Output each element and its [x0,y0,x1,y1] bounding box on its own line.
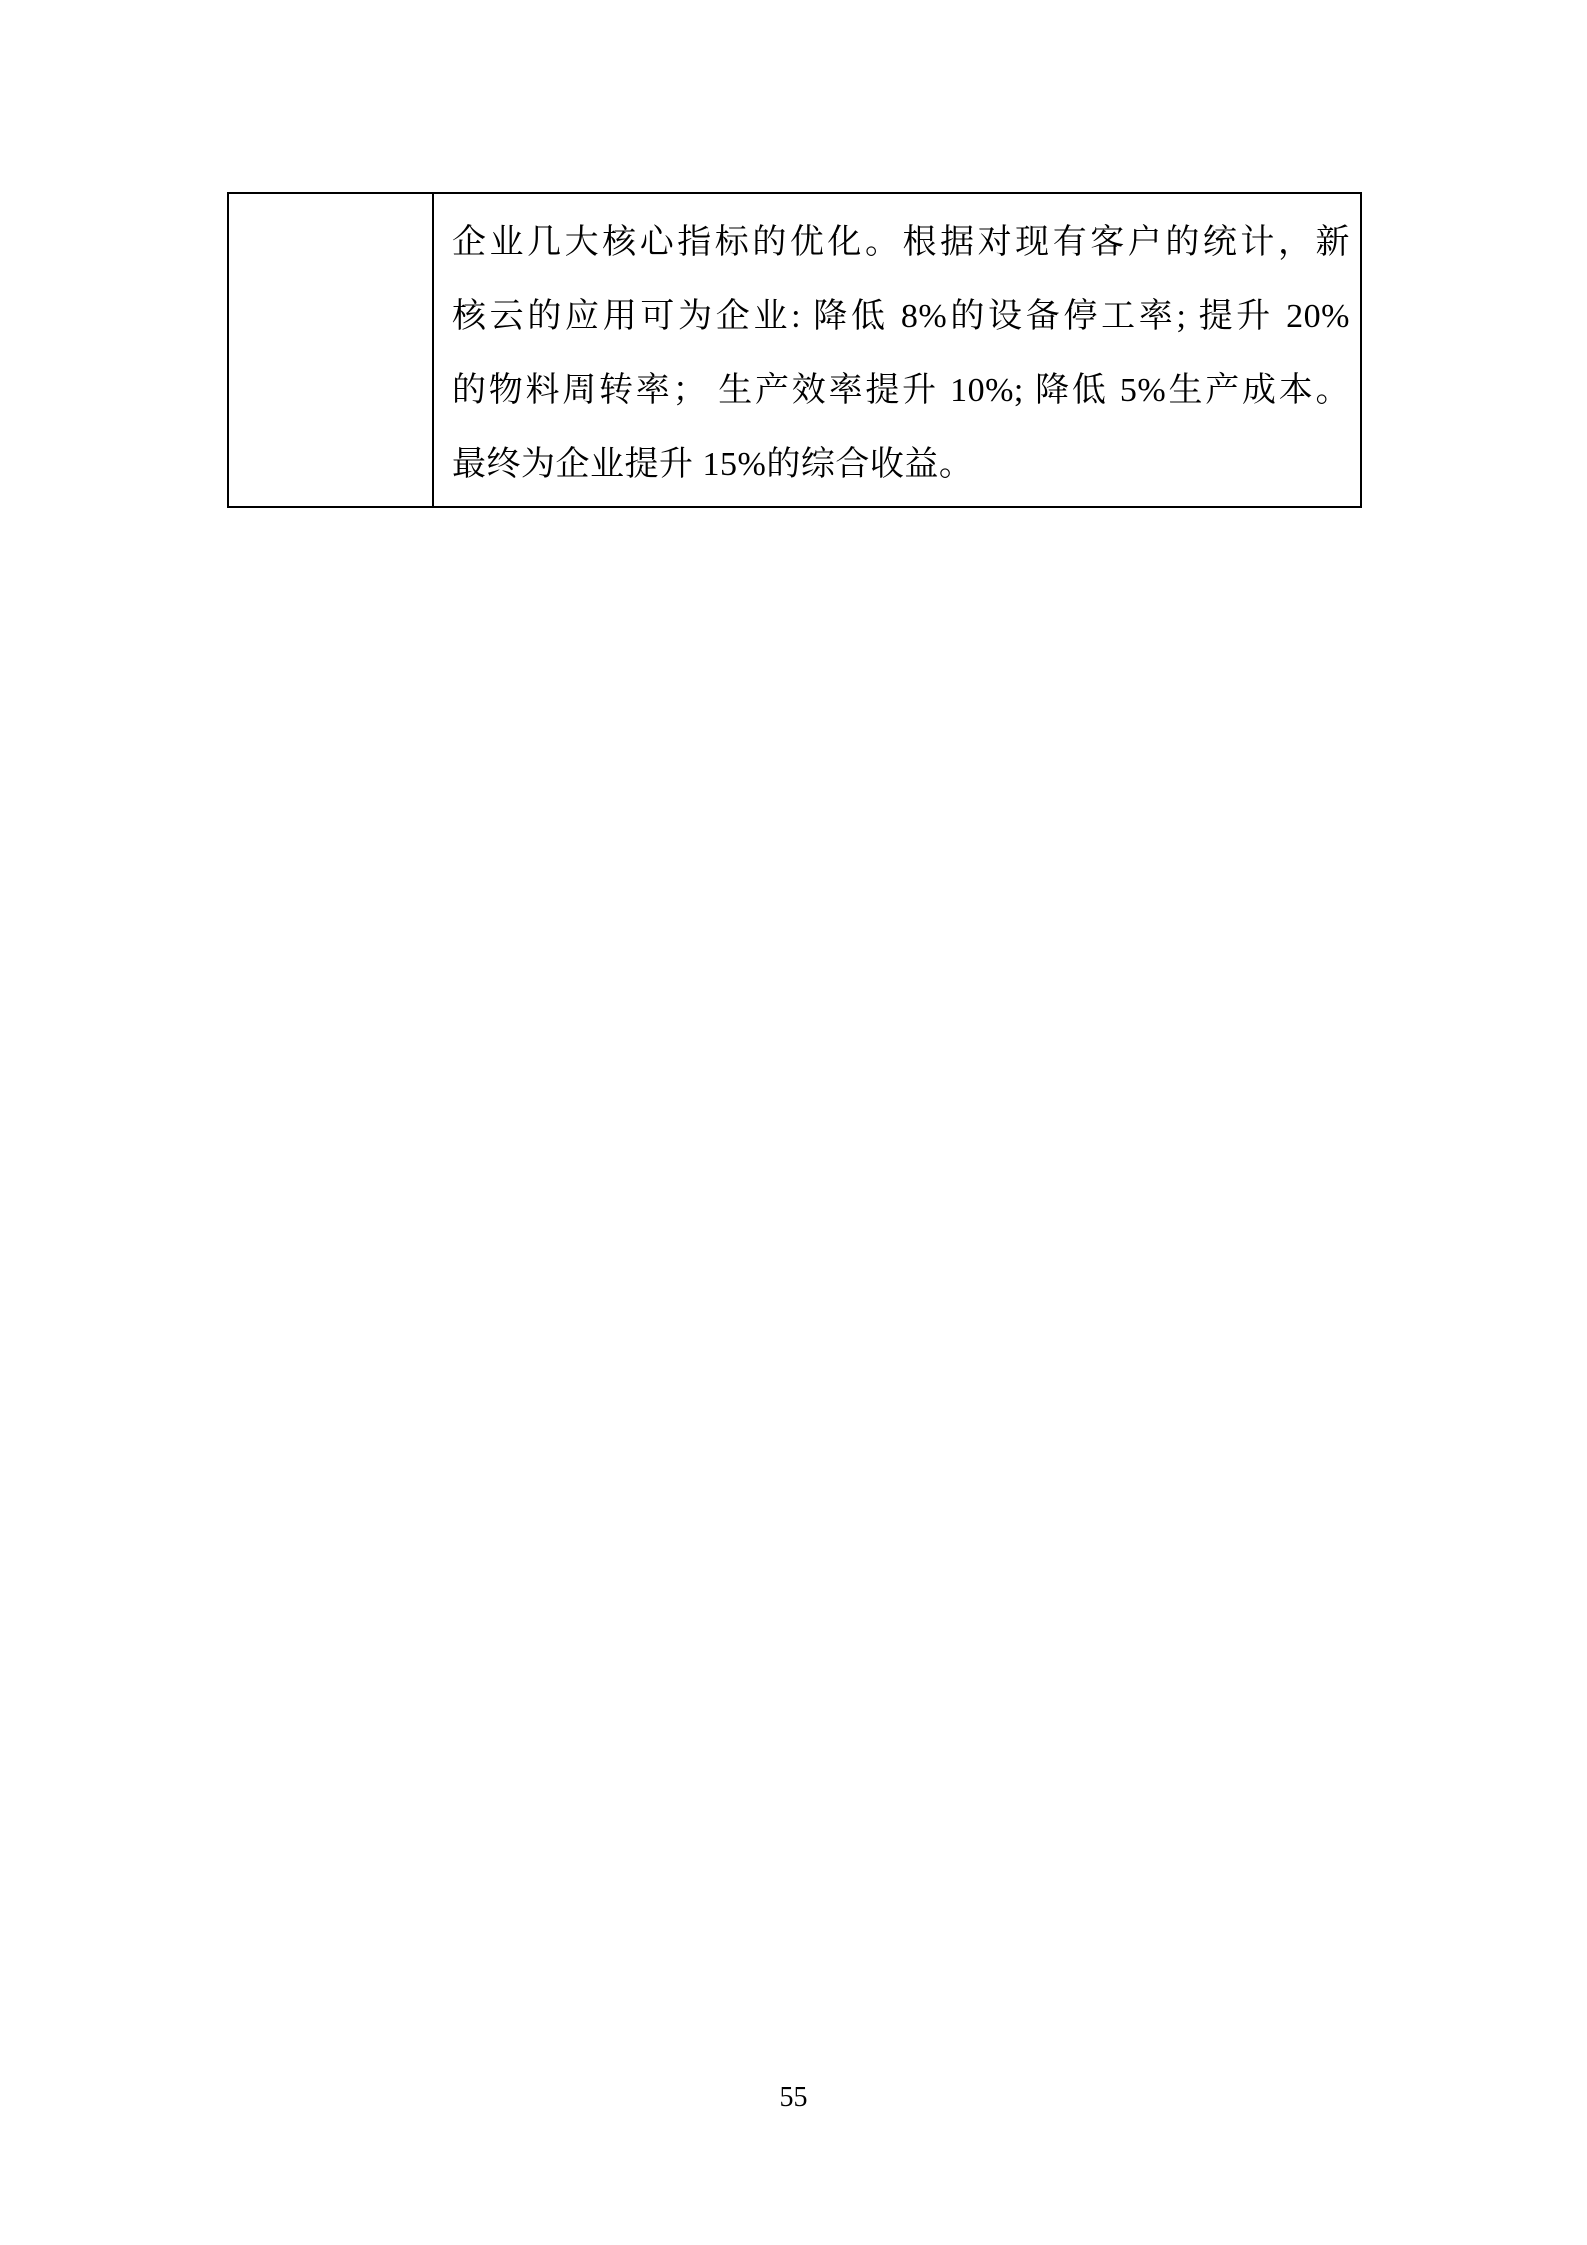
body-text-line-4: 最终为企业提升 15%的综合收益。 [452,428,1350,502]
document-page: { "table": { "left_cell": "", "lines": [… [0,0,1587,2245]
page-number: 55 [0,2082,1587,2114]
table-cell-body: 企业几大核心指标的优化。根据对现有客户的统计，新 核云的应用可为企业: 降低 8… [434,194,1360,506]
table-cell-label [229,194,434,506]
body-text-line-3: 的物料周转率； 生产效率提升 10%; 降低 5%生产成本。 [452,354,1350,428]
content-table: 企业几大核心指标的优化。根据对现有客户的统计，新 核云的应用可为企业: 降低 8… [227,192,1362,508]
body-text-line-1: 企业几大核心指标的优化。根据对现有客户的统计，新 [452,206,1350,280]
body-text-line-2: 核云的应用可为企业: 降低 8%的设备停工率; 提升 20% [452,280,1350,354]
